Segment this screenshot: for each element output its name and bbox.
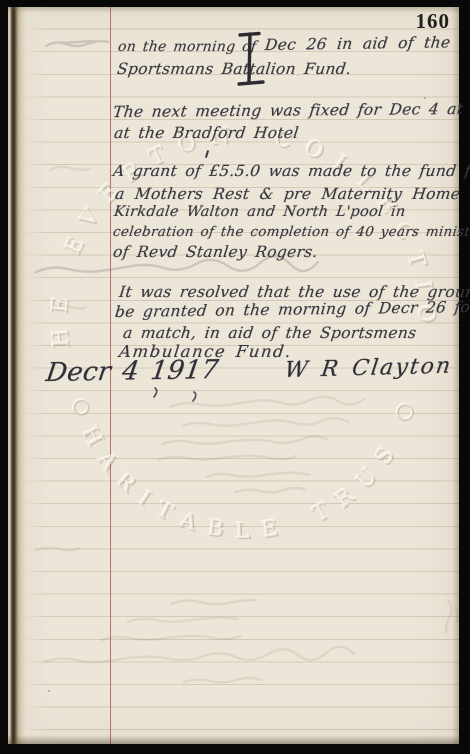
- stray-ink-marks: [0, 0, 470, 754]
- page-edge-shadow-top: [8, 7, 459, 13]
- dust-speck: [48, 690, 50, 692]
- page-edge-shadow-right: [452, 7, 459, 744]
- page-edge-shadow-bottom: [8, 735, 459, 744]
- dust-speck: [424, 97, 426, 99]
- scanned-minute-book-photograph: THE EVERTON COLLECTION THE EVERTON COLLE…: [0, 0, 470, 754]
